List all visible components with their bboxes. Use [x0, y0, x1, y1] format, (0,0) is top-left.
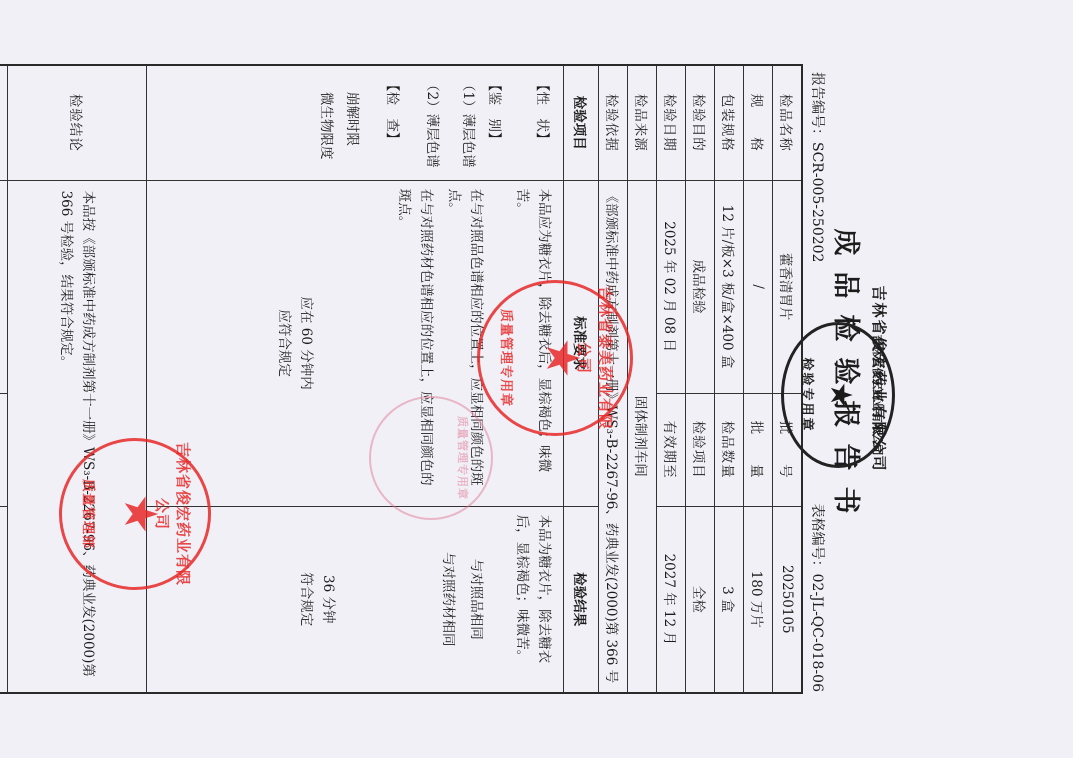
- result-appearance: 本品为糖衣片，除去糖衣后，显棕褐色；味微苦。: [511, 515, 555, 684]
- value-spec: /: [744, 180, 773, 393]
- label-issue-date: 签发日期: [0, 393, 8, 506]
- item-tlc-2: （2）薄层色谱: [419, 78, 445, 168]
- label-packaging: 包装规格: [715, 65, 744, 180]
- header-standard: 标准要求: [564, 180, 599, 506]
- label-test-items: 检验项目: [686, 393, 715, 506]
- value-purpose: 成品检验: [686, 180, 715, 393]
- company-name: 吉林省俊宏药业有限公司: [869, 0, 890, 758]
- info-row: 检验目的 成品检验 检验项目 全检: [686, 65, 715, 693]
- result-list: 本品为糖衣片，除去糖衣后，显棕褐色；味微苦。 与对照品相同 与对照药材相同 36…: [147, 506, 564, 693]
- inspection-report-page: 吉林省俊宏药业有限公司 成品检验报告书 报告编号：SCR-005-250202 …: [0, 0, 1073, 758]
- info-row-basis: 检验依据 《部颁标准中药成方制剂第十一册》WS₃-B-2267-96、药典业发(…: [599, 65, 628, 693]
- signature-cell: 冯元: [0, 180, 8, 393]
- standard-tlc-1: 在与对照品色谱相应的位置上，应显相同颜色的斑点。: [443, 189, 487, 498]
- value-packaging: 12 片/板×3 板/盒×400 盒: [715, 180, 744, 393]
- label-spec: 规 格: [744, 65, 773, 180]
- standard-tlc-2: 在与对照药材色谱相应的位置上，应显相同颜色的斑点。: [393, 189, 437, 498]
- header-result: 检验结果: [564, 506, 599, 693]
- label-purpose: 检验目的: [686, 65, 715, 180]
- test-item-list: 【性 状】 【鉴 别】 （1）薄层色谱 （2）薄层色谱 【检 查】 崩解时限 微…: [147, 65, 564, 180]
- value-source: 固体制剂车间: [628, 180, 657, 693]
- label-batch-size: 批 量: [744, 393, 773, 506]
- value-sample-qty: 3 盒: [715, 506, 744, 693]
- result-tlc-2: 与对照药材相同: [437, 515, 459, 684]
- value-issue-date: 2025 年 02 月 15 日: [0, 506, 8, 693]
- label-source: 检品来源: [628, 65, 657, 180]
- value-product-name: 藿香清胃片: [773, 180, 803, 393]
- info-row-source: 检品来源 固体制剂车间: [628, 65, 657, 693]
- label-batch-no: 批 号: [773, 393, 803, 506]
- inspection-table: 检品名称 藿香清胃片 批 号 20250105 规 格 / 批 量 180 万片…: [0, 64, 803, 694]
- document-title: 成品检验报告书: [829, 0, 868, 758]
- standard-list: 本品应为糖衣片，除去糖衣后，显棕褐色；味微苦。 在与对照品色谱相应的位置上，应显…: [147, 180, 564, 506]
- results-body-row: 【性 状】 【鉴 别】 （1）薄层色谱 （2）薄层色谱 【检 查】 崩解时限 微…: [147, 65, 564, 693]
- result-disintegration: 36 分钟: [317, 515, 339, 684]
- standard-appearance: 本品应为糖衣片，除去糖衣后，显棕褐色；味微苦。: [511, 189, 555, 498]
- label-signer: 授权签字人: [0, 65, 8, 180]
- result-tlc-1: 与对照品相同: [465, 515, 487, 684]
- results-header-row: 检验项目 标准要求 检验结果: [564, 65, 599, 693]
- value-test-items: 全检: [686, 506, 715, 693]
- form-number: 表格编号：02-JL-QC-018-06: [808, 504, 828, 692]
- value-batch-size: 180 万片: [744, 506, 773, 693]
- label-expiry: 有效期至: [657, 393, 686, 506]
- info-row: 包装规格 12 片/板×3 板/盒×400 盒 检品数量 3 盒: [715, 65, 744, 693]
- item-disintegration: 崩解时限: [339, 78, 365, 168]
- conclusion-text: 本品按《部颁标准中药成方制剂第十一册》WS₃-B-2267-96、药典业发(20…: [8, 180, 147, 693]
- value-basis: 《部颁标准中药成方制剂第十一册》WS₃-B-2267-96、药典业发(2000)…: [599, 180, 628, 693]
- label-test-date: 检验日期: [657, 65, 686, 180]
- value-expiry: 2027 年 12 月: [657, 506, 686, 693]
- header-test-item: 检验项目: [564, 65, 599, 180]
- report-number: 报告编号：SCR-005-250202: [808, 72, 828, 262]
- item-appearance: 【性 状】: [529, 78, 555, 168]
- label-conclusion: 检验结论: [8, 65, 147, 180]
- value-test-date: 2025 年 02 月 08 日: [657, 180, 686, 393]
- item-microbial: 微生物限度: [313, 78, 339, 168]
- info-row: 检品名称 藿香清胃片 批 号 20250105: [773, 65, 803, 693]
- standard-disintegration: 应在 60 分钟内: [295, 189, 317, 498]
- conclusion-row: 检验结论 本品按《部颁标准中药成方制剂第十一册》WS₃-B-2267-96、药典…: [8, 65, 147, 693]
- item-check: 【检 查】: [379, 78, 405, 168]
- item-tlc-1: （1）薄层色谱: [455, 78, 481, 168]
- info-row: 检验日期 2025 年 02 月 08 日 有效期至 2027 年 12 月: [657, 65, 686, 693]
- info-row: 规 格 / 批 量 180 万片: [744, 65, 773, 693]
- label-product-name: 检品名称: [773, 65, 803, 180]
- result-microbial: 符合规定: [295, 515, 317, 684]
- signature-row: 授权签字人 冯元 签发日期 2025 年 02 月 15 日: [0, 65, 8, 693]
- item-identification: 【鉴 别】: [481, 78, 507, 168]
- label-basis: 检验依据: [599, 65, 628, 180]
- standard-microbial: 应符合规定: [273, 189, 295, 498]
- value-batch-no: 20250105: [773, 506, 803, 693]
- label-sample-qty: 检品数量: [715, 393, 744, 506]
